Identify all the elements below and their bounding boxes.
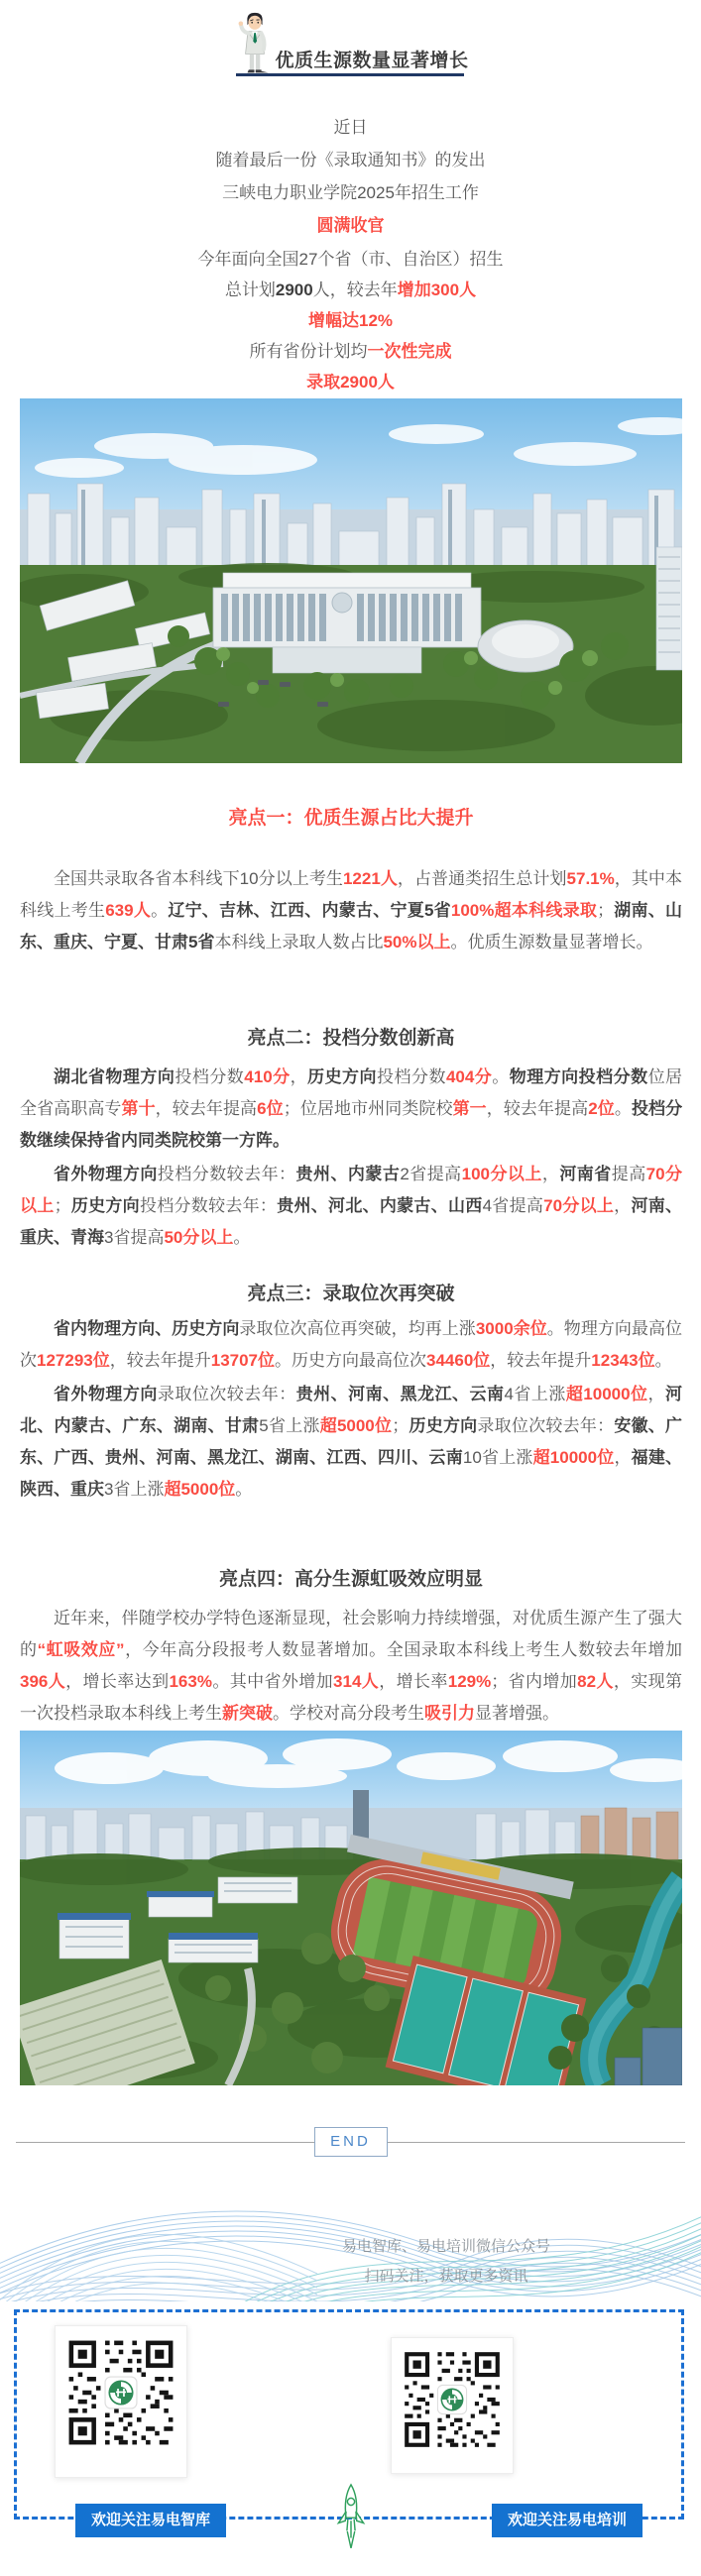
section-highlight-1: 亮点一：优质生源占比大提升 全国共录取各省本科线下10分以上考生1221人，占普… <box>20 803 682 958</box>
intro-line: 录取2900人 <box>20 367 681 397</box>
section-highlight-2: 亮点二：投档分数创新高 湖北省物理方向投档分数410分，历史方向投档分数404分… <box>20 1023 682 1254</box>
campus-aerial-photo-1[interactable] <box>20 398 682 763</box>
campus-aerial-photo-2[interactable] <box>20 1731 682 2085</box>
intro-line: 圆满收官 <box>20 209 681 242</box>
qr-code-left[interactable] <box>55 2325 187 2478</box>
intro-stanza-2: 今年面向全国27个省（市、自治区）招生 总计划2900人，较去年增加300人 增… <box>20 244 681 397</box>
footer-note: 易电智库、易电培训微信公众号 扫码关注，获取更多资讯 <box>238 2232 654 2292</box>
footer-note-line1: 易电智库、易电培训微信公众号 <box>238 2232 654 2262</box>
section-paragraph: 近年来，伴随学校办学特色逐渐显现，社会影响力持续增强，对优质生源产生了强大的“虹… <box>20 1603 682 1730</box>
section-highlight-4: 亮点四：高分生源虹吸效应明显 近年来，伴随学校办学特色逐渐显现，社会影响力持续增… <box>20 1564 682 1730</box>
end-label: END <box>314 2127 388 2157</box>
section-highlight-3: 亮点三：录取位次再突破 省内物理方向、历史方向录取位次高位再突破，均再上涨300… <box>20 1279 682 1506</box>
intro-line: 三峡电力职业学院2025年招生工作 <box>20 176 681 209</box>
section-paragraph: 省内物理方向、历史方向录取位次高位再突破，均再上涨3000余位。物理方向最高位次… <box>20 1313 682 1377</box>
footer-note-line2: 扫码关注，获取更多资讯 <box>238 2262 654 2292</box>
intro-line: 今年面向全国27个省（市、自治区）招生 <box>20 244 681 275</box>
rocket-icon <box>333 2478 369 2566</box>
intro-line: 近日 <box>20 111 681 144</box>
intro-line: 总计划2900人，较去年增加300人 <box>20 275 681 305</box>
intro-line: 增幅达12% <box>20 305 681 336</box>
section-heading: 亮点二：投档分数创新高 <box>20 1023 682 1050</box>
page-title: 优质生源数量显著增长 <box>253 46 491 72</box>
intro-line: 随着最后一份《录取通知书》的发出 <box>20 144 681 176</box>
section-paragraph: 省外物理方向投档分数较去年：贵州、内蒙古2省提高100分以上，河南省提高70分以… <box>20 1159 682 1254</box>
end-divider: END <box>16 2127 685 2157</box>
section-paragraph: 全国共录取各省本科线下10分以上考生1221人，占普通类招生总计划57.1%，其… <box>20 863 682 958</box>
wechat-article-page: 优质生源数量显著增长 近日 随着最后一份《录取通知书》的发出 三峡电力职业学院2… <box>0 0 701 2576</box>
section-paragraph: 湖北省物理方向投档分数410分，历史方向投档分数404分。物理方向投档分数位居全… <box>20 1062 682 1157</box>
intro-stanza-1: 近日 随着最后一份《录取通知书》的发出 三峡电力职业学院2025年招生工作 圆满… <box>20 111 681 242</box>
section-heading: 亮点三：录取位次再突破 <box>20 1279 682 1305</box>
section-heading: 亮点一：优质生源占比大提升 <box>20 803 682 830</box>
section-heading: 亮点四：高分生源虹吸效应明显 <box>20 1564 682 1591</box>
intro-line: 所有省份计划均一次性完成 <box>20 336 681 367</box>
qr-label-right: 欢迎关注易电培训 <box>492 2504 643 2537</box>
title-underline <box>236 73 464 76</box>
qr-code-right[interactable] <box>391 2337 514 2474</box>
section-paragraph: 省外物理方向录取位次较去年：贵州、河南、黑龙江、云南4省上涨超10000位，河北… <box>20 1379 682 1506</box>
qr-label-left: 欢迎关注易电智库 <box>75 2504 226 2537</box>
